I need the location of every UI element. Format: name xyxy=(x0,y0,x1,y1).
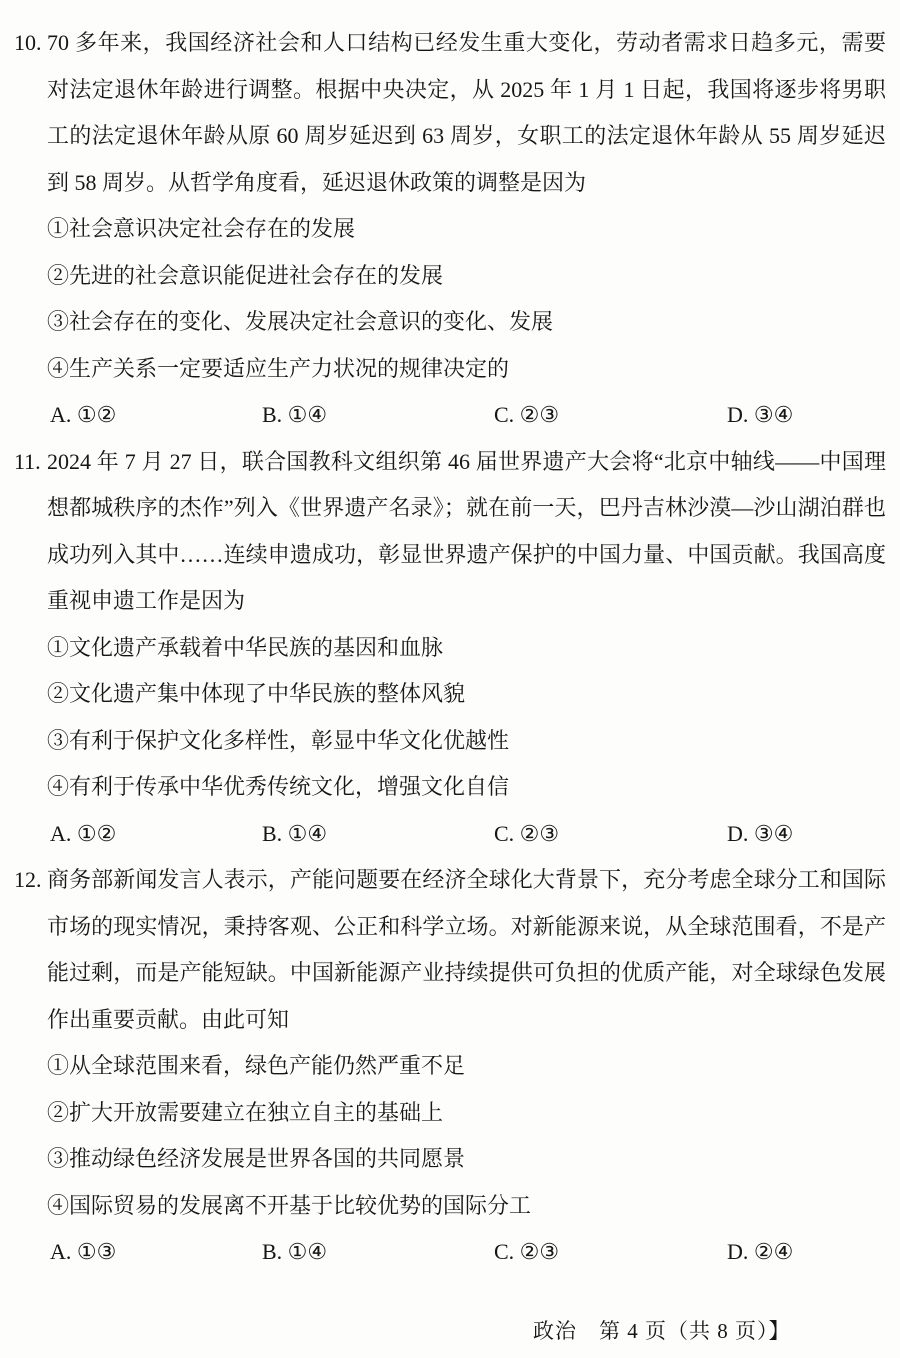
choice-a: A. ①③ xyxy=(50,1229,116,1276)
statement-item-4: ④生产关系一定要适应生产力状况的规律决定的 xyxy=(47,346,886,393)
choice-b: B. ①④ xyxy=(262,392,327,439)
choices-row: A. ①③ B. ①④ C. ②③ D. ②④ xyxy=(47,1229,886,1276)
choice-d: D. ②④ xyxy=(727,1229,793,1276)
question-10: 10. 70 多年来，我国经济社会和人口结构已经发生重大变化，劳动者需求日趋多元… xyxy=(14,20,886,439)
statement-item-3: ③有利于保护文化多样性，彰显中华文化优越性 xyxy=(47,718,886,765)
choice-d: D. ③④ xyxy=(727,392,793,439)
statement-item-2: ②先进的社会意识能促进社会存在的发展 xyxy=(47,253,886,300)
choices-row: A. ①② B. ①④ C. ②③ D. ③④ xyxy=(47,811,886,858)
choice-c: C. ②③ xyxy=(494,392,559,439)
choice-a: A. ①② xyxy=(50,811,116,858)
question-number: 12. xyxy=(14,857,47,904)
page-footer: 政治 第 4 页（共 8 页）】 xyxy=(533,1316,791,1346)
question-12: 12. 商务部新闻发言人表示，产能问题要在经济全球化大背景下，充分考虑全球分工和… xyxy=(14,857,886,1276)
question-11: 11. 2024 年 7 月 27 日，联合国教科文组织第 46 届世界遗产大会… xyxy=(14,439,886,858)
exam-page: 10. 70 多年来，我国经济社会和人口结构已经发生重大变化，劳动者需求日趋多元… xyxy=(0,0,900,1358)
question-number: 10. xyxy=(14,20,47,67)
statement-item-4: ④有利于传承中华优秀传统文化，增强文化自信 xyxy=(47,764,886,811)
choice-d: D. ③④ xyxy=(727,811,793,858)
statement-item-1: ①从全球范围来看，绿色产能仍然严重不足 xyxy=(47,1043,886,1090)
question-stem: 商务部新闻发言人表示，产能问题要在经济全球化大背景下，充分考虑全球分工和国际市场… xyxy=(47,857,886,1043)
choices-row: A. ①② B. ①④ C. ②③ D. ③④ xyxy=(47,392,886,439)
statement-item-1: ①文化遗产承载着中华民族的基因和血脉 xyxy=(47,625,886,672)
question-stem: 2024 年 7 月 27 日，联合国教科文组织第 46 届世界遗产大会将“北京… xyxy=(47,439,886,625)
statement-item-2: ②文化遗产集中体现了中华民族的整体风貌 xyxy=(47,671,886,718)
question-stem: 70 多年来，我国经济社会和人口结构已经发生重大变化，劳动者需求日趋多元，需要对… xyxy=(47,20,886,206)
choice-b: B. ①④ xyxy=(262,1229,327,1276)
choice-c: C. ②③ xyxy=(494,1229,559,1276)
statement-item-3: ③社会存在的变化、发展决定社会意识的变化、发展 xyxy=(47,299,886,346)
statement-item-1: ①社会意识决定社会存在的发展 xyxy=(47,206,886,253)
statement-item-2: ②扩大开放需要建立在独立自主的基础上 xyxy=(47,1090,886,1137)
choice-a: A. ①② xyxy=(50,392,116,439)
statement-item-4: ④国际贸易的发展离不开基于比较优势的国际分工 xyxy=(47,1183,886,1230)
choice-c: C. ②③ xyxy=(494,811,559,858)
choice-b: B. ①④ xyxy=(262,811,327,858)
question-number: 11. xyxy=(14,439,47,486)
statement-item-3: ③推动绿色经济发展是世界各国的共同愿景 xyxy=(47,1136,886,1183)
